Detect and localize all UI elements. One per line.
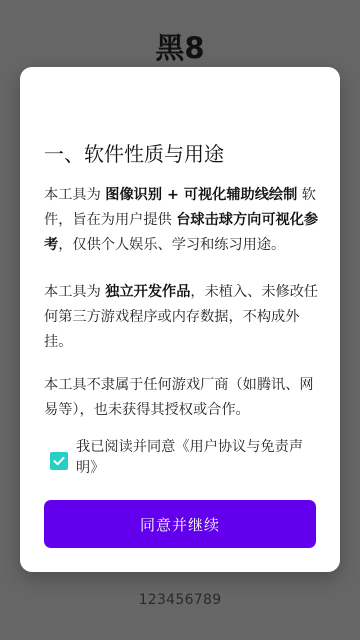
highlight-text: 独立开发作品: [105, 284, 190, 300]
app-title: 黑8: [0, 26, 360, 67]
section-heading: 一、软件性质与用途: [44, 138, 224, 167]
paragraph-text: ，仅供个人娱乐、学习和练习用途。: [58, 237, 285, 253]
footer-number: 123456789: [0, 592, 360, 608]
agreement-checkbox[interactable]: [50, 452, 68, 470]
paragraph-text: 本工具为: [44, 284, 105, 300]
paragraph-purpose: 本工具为 图像识别 + 可视化辅助线绘制 软件，旨在为用户提供 台球击球方向可视…: [44, 183, 320, 258]
paragraph-text: 本工具为: [44, 187, 105, 203]
agree-continue-button[interactable]: 同意并继续: [44, 500, 316, 548]
paragraph-affiliation: 本工具不隶属于任何游戏厂商（如腾讯、网易等），也未获得其授权或合作。: [44, 373, 320, 423]
agreement-row[interactable]: 我已阅读并同意《用户协议与免责声明》: [50, 437, 320, 479]
disclaimer-dialog: 一、软件性质与用途 本工具为 图像识别 + 可视化辅助线绘制 软件，旨在为用户提…: [20, 67, 340, 572]
agreement-label[interactable]: 我已阅读并同意《用户协议与免责声明》: [76, 437, 312, 479]
checkmark-icon: [52, 454, 66, 468]
paragraph-independent: 本工具为 独立开发作品，未植入、未修改任何第三方游戏程序或内存数据，不构成外挂。: [44, 280, 320, 355]
highlight-text: 图像识别 + 可视化辅助线绘制: [105, 187, 297, 203]
